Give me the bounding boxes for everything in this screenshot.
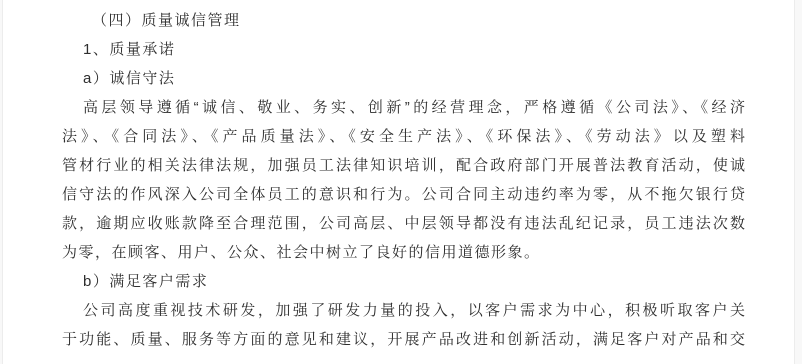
- section-heading: （四）质量诚信管理: [62, 6, 745, 35]
- paragraph1-line4: 信守法的作风深入公司全体员工的意识和行为。公司合同主动违约率为零，从不拖欠银行贷: [62, 180, 745, 209]
- heading-quality-commitment: 1、质量承诺: [62, 35, 745, 64]
- document-page: （四）质量诚信管理 1、质量承诺 a）诚信守法 高层领导遵循“诚信、敬业、务实、…: [2, 0, 795, 364]
- paragraph1-line3: 管材行业的相关法律法规，加强员工法律知识培训，配合政府部门开展普法教育活动，使诚: [62, 151, 745, 180]
- heading-a-integrity-law: a）诚信守法: [62, 64, 745, 93]
- paragraph1-line6: 为零，在顾客、用户、公众、社会中树立了良好的信用道德形象。: [62, 238, 745, 267]
- paragraph1-line5: 款，逾期应收账款降至合理范围，公司高层、中层领导都没有违法乱纪记录，员工违法次数: [62, 209, 745, 238]
- paragraph2-line2: 于功能、质量、服务等方面的意见和建议，开展产品改进和创新活动，满足客户对产品和交: [62, 325, 745, 354]
- paragraph1-line2: 法》、《合同法》、《产品质量法》、《安全生产法》、《环保法》、《劳动法》以及塑料: [62, 122, 745, 151]
- paragraph2-line1: 公司高度重视技术研发，加强了研发力量的投入，以客户需求为中心，积极听取客户关: [62, 296, 745, 325]
- heading-b-customer-needs: b）满足客户需求: [62, 267, 745, 296]
- paragraph1-line1: 高层领导遵循“诚信、敬业、务实、创新”的经营理念，严格遵循《公司法》、《经济: [62, 93, 745, 122]
